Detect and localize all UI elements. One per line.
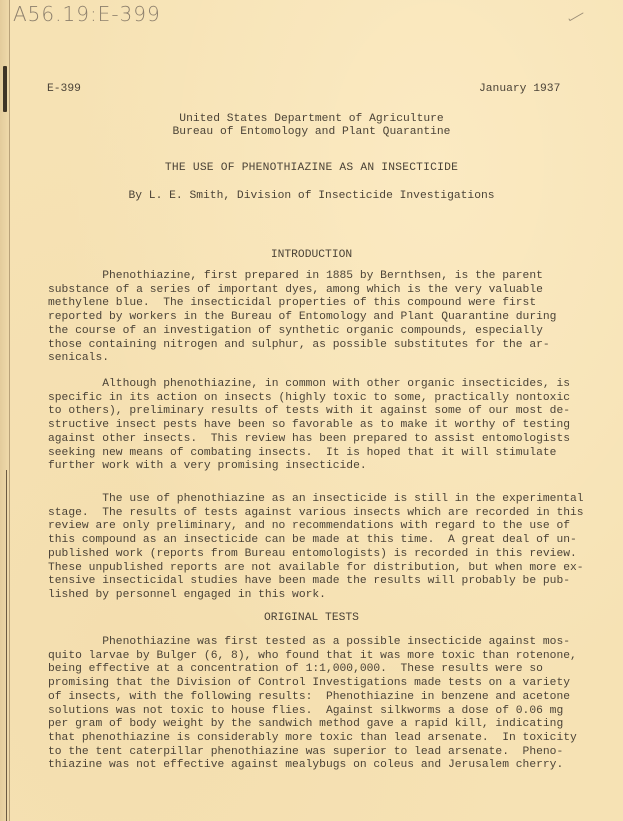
text-line: to others), preliminary results of tests… xyxy=(48,405,570,419)
text-line: Phenothiazine was first tested as a poss… xyxy=(48,636,577,650)
text-line: The use of phenothiazine as an insectici… xyxy=(48,493,584,507)
binding-mark xyxy=(3,66,7,112)
text-line: this compound as an insecticide can be m… xyxy=(48,534,584,548)
document-date: January 1937 xyxy=(479,83,560,97)
handwritten-catalog-number: A56.19:E-399 xyxy=(13,2,161,26)
text-line: Phenothiazine, first prepared in 1885 by… xyxy=(48,270,556,284)
check-mark-icon xyxy=(567,10,585,22)
text-line: Although phenothiazine, in common with o… xyxy=(48,378,570,392)
text-line: substance of a series of important dyes,… xyxy=(48,284,556,298)
section-heading-original-tests: ORIGINAL TESTS xyxy=(0,612,623,624)
text-line: being effective at a concentration of 1:… xyxy=(48,663,577,677)
intro-paragraph-1: Phenothiazine, first prepared in 1885 by… xyxy=(48,270,556,366)
bureau-name: Bureau of Entomology and Plant Quarantin… xyxy=(0,126,623,138)
text-line: specific in its action on insects (highl… xyxy=(48,392,570,406)
text-line: the course of an investigation of synthe… xyxy=(48,325,556,339)
text-line: those containing nitrogen and sulphur, a… xyxy=(48,339,556,353)
intro-paragraph-3: The use of phenothiazine as an insectici… xyxy=(48,493,584,603)
text-line: of insects, with the following results: … xyxy=(48,691,577,705)
document-title: THE USE OF PHENOTHIAZINE AS AN INSECTICI… xyxy=(0,162,623,174)
text-line: stage. The results of tests against vari… xyxy=(48,507,584,521)
text-line: per gram of body weight by the sandwich … xyxy=(48,718,577,732)
text-line: promising that the Division of Control I… xyxy=(48,677,577,691)
text-line: review are only preliminary, and no reco… xyxy=(48,520,584,534)
intro-paragraph-2: Although phenothiazine, in common with o… xyxy=(48,378,570,474)
text-line: solutions was not toxic to house flies. … xyxy=(48,705,577,719)
text-line: structive insect pests have been so favo… xyxy=(48,419,570,433)
author-byline: By L. E. Smith, Division of Insecticide … xyxy=(0,190,623,202)
text-line: These unpublished reports are not availa… xyxy=(48,562,584,576)
text-line: against other insects. This review has b… xyxy=(48,433,570,447)
section-heading-introduction: INTRODUCTION xyxy=(0,249,623,261)
department-name: United States Department of Agriculture xyxy=(0,113,623,125)
original-tests-paragraph-1: Phenothiazine was first tested as a poss… xyxy=(48,636,577,773)
text-line: methylene blue. The insecticidal propert… xyxy=(48,297,556,311)
text-line: published work (reports from Bureau ento… xyxy=(48,548,584,562)
binding-line xyxy=(6,470,7,821)
text-line: lished by personnel engaged in this work… xyxy=(48,589,584,603)
text-line: to the tent caterpillar phenothiazine wa… xyxy=(48,746,577,760)
text-line: that phenothiazine is considerably more … xyxy=(48,732,577,746)
text-line: further work with a very promising insec… xyxy=(48,460,570,474)
text-line: quito larvae by Bulger (6, 8), who found… xyxy=(48,650,577,664)
text-line: thiazine was not effective against mealy… xyxy=(48,759,577,773)
document-id: E-399 xyxy=(47,83,81,97)
text-line: reported by workers in the Bureau of Ent… xyxy=(48,311,556,325)
document-page: A56.19:E-399 E-399 January 1937 United S… xyxy=(0,0,623,821)
text-line: senicals. xyxy=(48,352,556,366)
text-line: tensive insecticidal studies have been m… xyxy=(48,575,584,589)
text-line: seeking new means of combating insects. … xyxy=(48,447,570,461)
